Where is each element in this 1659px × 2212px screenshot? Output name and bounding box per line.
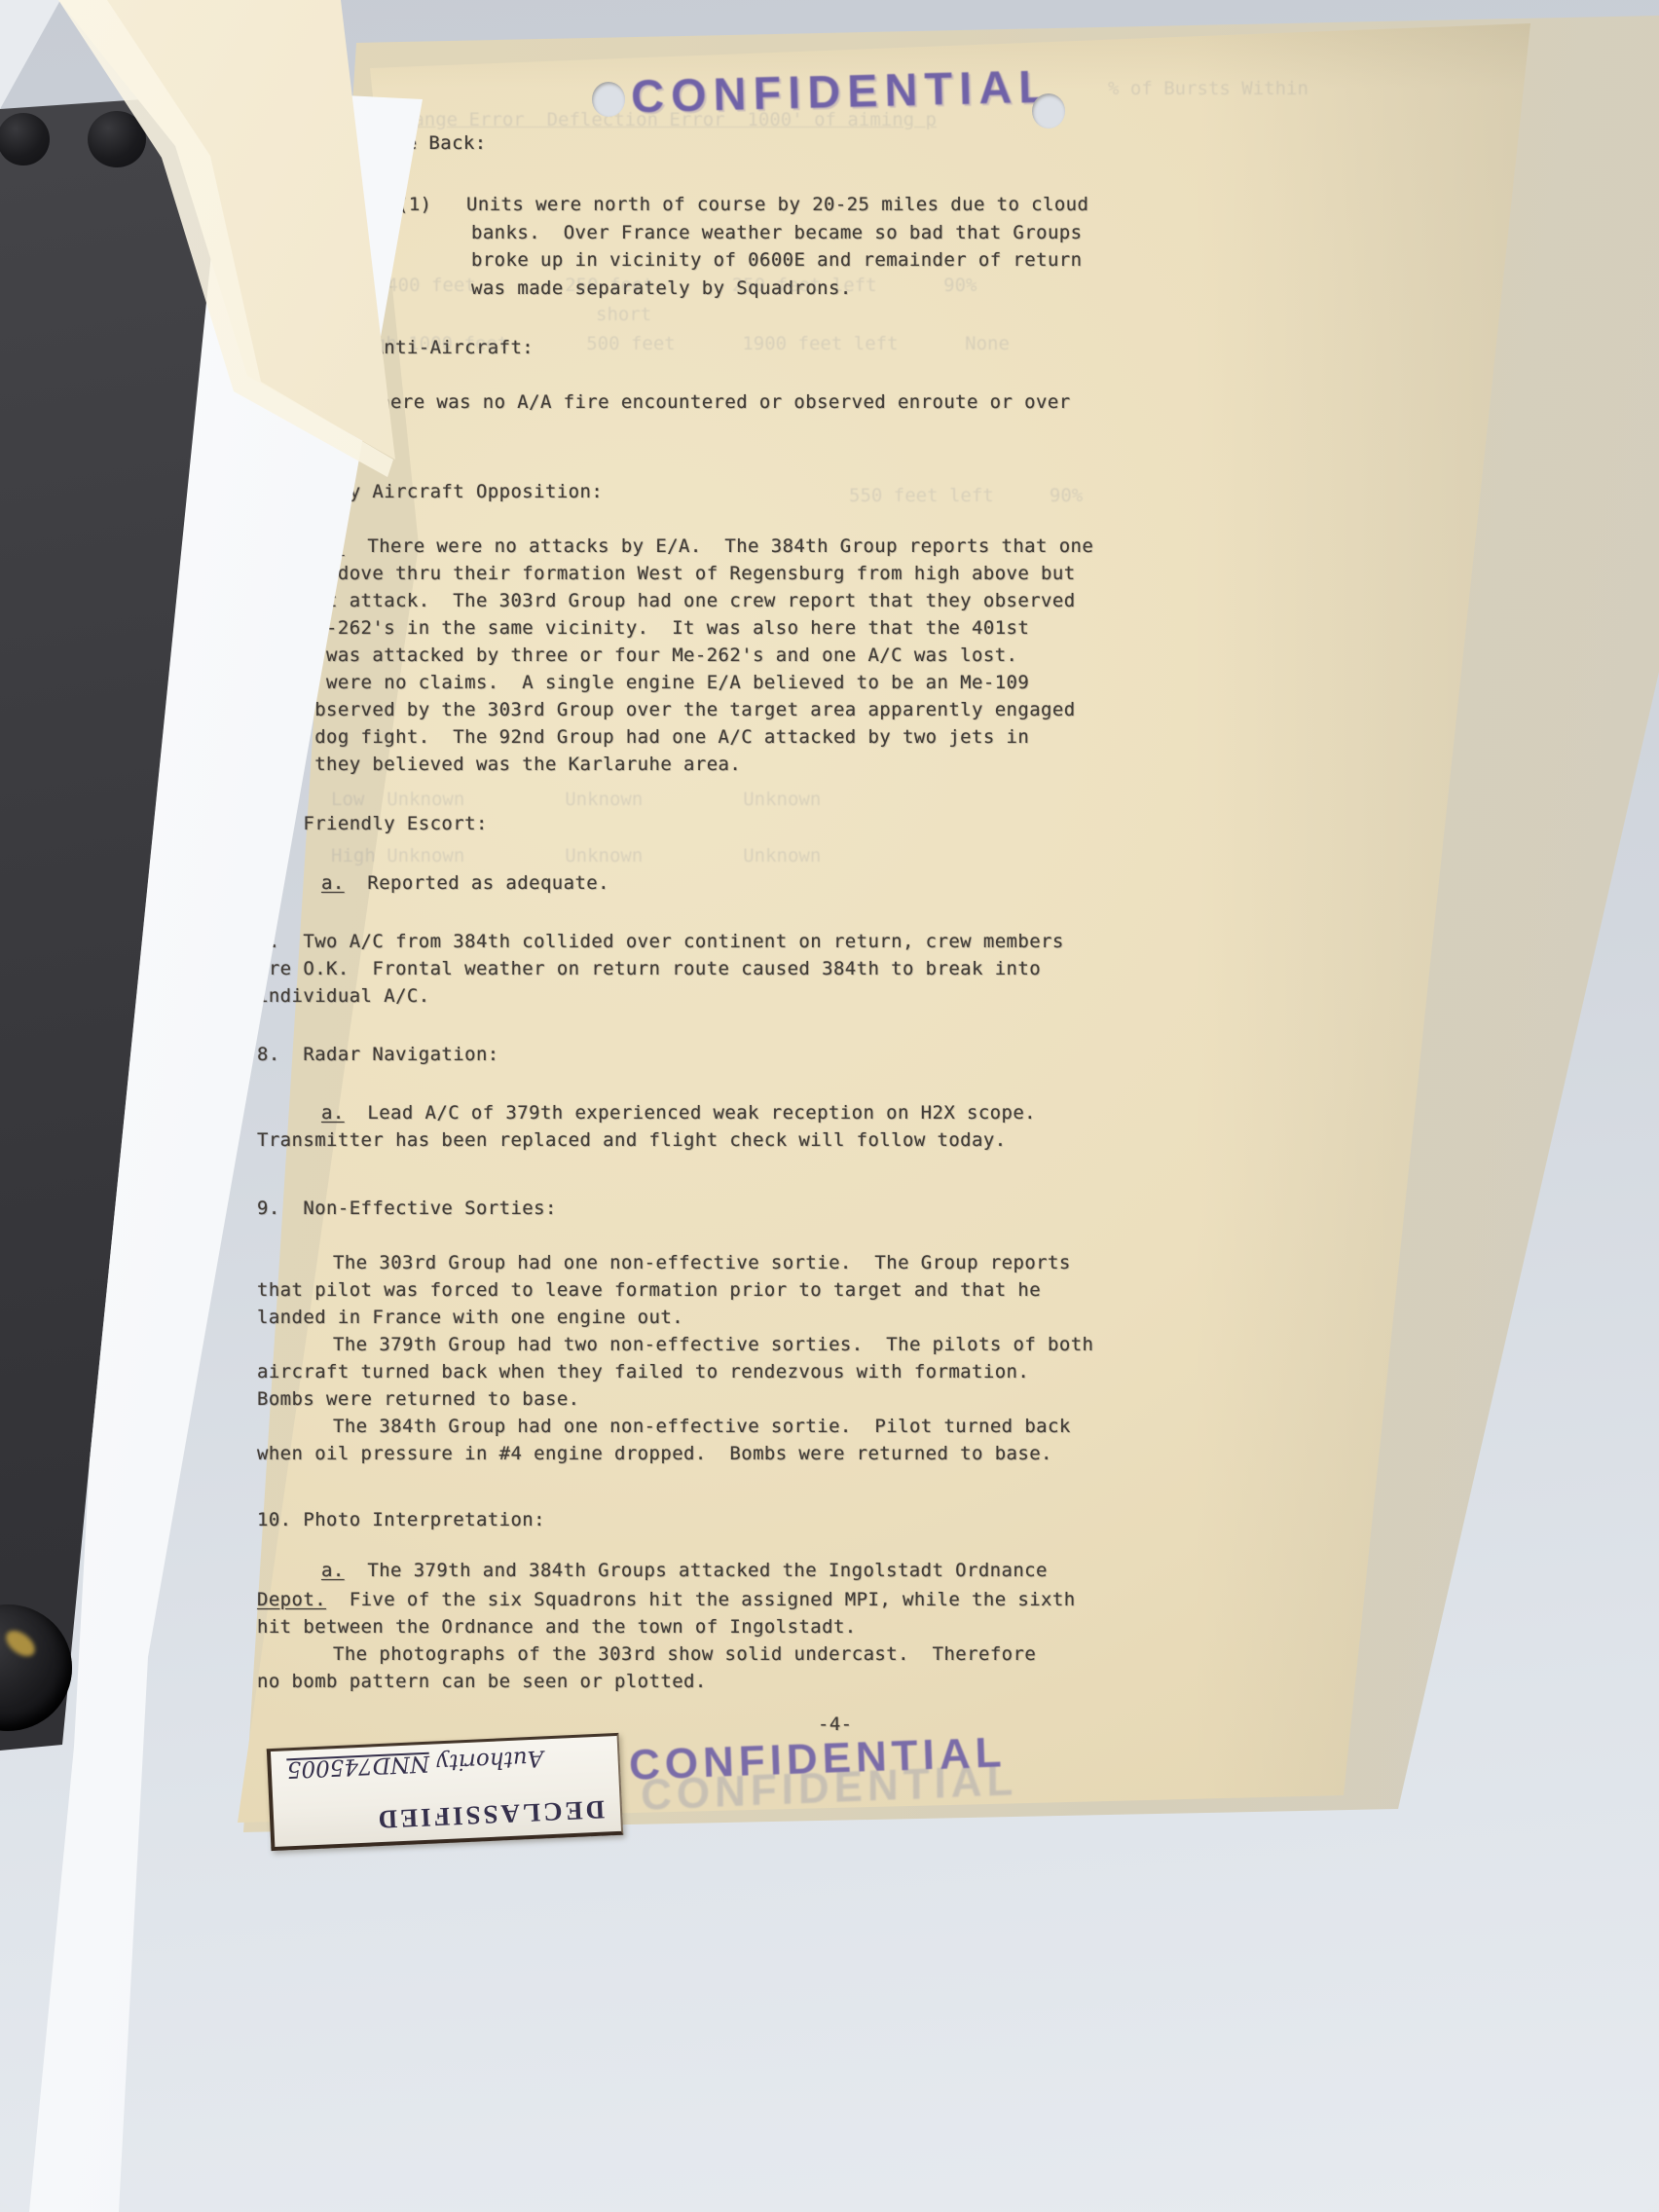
typewritten-line: when oil pressure in #4 engine dropped. … xyxy=(257,1441,1052,1466)
typewritten-line: hit between the Ordnance and the town of… xyxy=(257,1614,857,1640)
scanned-document-photo: -4-no bomb pattern can be seen or plotte… xyxy=(0,0,1659,2212)
ghost-bleedthrough-line: Low 400 feet 250 feet 250 feet left 90% xyxy=(331,273,977,298)
typewritten-line: banks. Over France weather became so bad… xyxy=(471,220,1082,245)
typewritten-line: a. There were no attacks by E/A. The 384… xyxy=(321,534,1093,559)
declassified-slip-stamp: DECLASSIFIED Authority NND745005 xyxy=(271,1736,621,1847)
typewritten-line: a. Reported as adequate. xyxy=(321,870,609,896)
typewritten-line: Depot. Five of the six Squadrons hit the… xyxy=(257,1587,1076,1612)
declassified-label: DECLASSIFIED xyxy=(289,1794,606,1839)
typewritten-line: that pilot was forced to leave formation… xyxy=(257,1277,1041,1303)
typewritten-line: landed in France with one engine out. xyxy=(257,1305,683,1330)
typewritten-line: what they believed was the Karlaruhe are… xyxy=(257,752,741,777)
typewritten-line: Me-262 dove thru their formation West of… xyxy=(257,561,1076,586)
ghost-bleedthrough-line: % of Bursts Within xyxy=(1108,76,1309,101)
punch-hole-icon xyxy=(1032,93,1065,129)
typewritten-line: two Me-262's in the same vicinity. It wa… xyxy=(257,615,1029,641)
typewritten-line: 10. Photo Interpretation: xyxy=(257,1507,545,1532)
typewritten-line: 9. Non-Effective Sorties: xyxy=(257,1196,557,1221)
typewritten-line: a. Lead A/C of 379th experienced weak re… xyxy=(321,1100,1036,1125)
typewritten-line: Bombs were returned to base. xyxy=(257,1386,580,1412)
typewritten-line: a. There was no A/A fire encountered or … xyxy=(321,389,1071,415)
typewritten-line: There were no claims. A single engine E/… xyxy=(257,670,1029,695)
ghost-bleedthrough-line: High 1000 feet 500 feet 1900 feet left N… xyxy=(352,331,1010,356)
typewritten-line: in a dog fight. The 92nd Group had one A… xyxy=(257,724,1029,750)
typewritten-line: a. The 379th and 384th Groups attacked t… xyxy=(321,1558,1048,1583)
typewritten-line: Transmitter has been replaced and flight… xyxy=(257,1127,1007,1153)
typewritten-line: 8. Radar Navigation: xyxy=(257,1042,499,1067)
typewritten-line: The 379th Group had two non-effective so… xyxy=(333,1332,1093,1357)
typewritten-line: no bomb pattern can be seen or plotted. xyxy=(257,1669,707,1694)
declassified-slip: DECLASSIFIED Authority NND745005 xyxy=(267,1733,623,1851)
typewritten-line: The 384th Group had one non-effective so… xyxy=(333,1414,1071,1439)
typewritten-line: The 303rd Group had one non-effective so… xyxy=(333,1250,1071,1275)
punch-hole-icon xyxy=(592,82,625,117)
typewritten-line: aircraft turned back when they failed to… xyxy=(257,1359,1029,1384)
typewritten-line: 7. Two A/C from 384th collided over cont… xyxy=(257,929,1064,954)
typewritten-line: individual A/C. xyxy=(257,983,430,1009)
typewritten-line: are O.K. Frontal weather on return route… xyxy=(257,956,1041,981)
typewritten-line: broke up in vicinity of 0600E and remain… xyxy=(471,247,1082,273)
typewritten-line: (1) Units were north of course by 20-25 … xyxy=(397,192,1088,217)
ghost-bleedthrough-line: High Unknown Unknown Unknown xyxy=(331,843,821,868)
typewritten-line: The photographs of the 303rd show solid … xyxy=(333,1641,1036,1667)
declassified-authority: Authority NND745005 xyxy=(286,1743,603,1783)
ghost-bleedthrough-line: short xyxy=(596,302,651,327)
typewritten-line: did not attack. The 303rd Group had one … xyxy=(257,588,1076,613)
ghost-bleedthrough-line: 550 feet left 90% xyxy=(849,483,1083,508)
ghost-bleedthrough-line: Low Unknown Unknown Unknown xyxy=(331,787,821,812)
confidential-stamp-top: CONFIDENTIAL xyxy=(630,59,1053,124)
typewritten-line: was observed by the 303rd Group over the… xyxy=(257,697,1076,722)
typewritten-line: Group was attacked by three or four Me-2… xyxy=(257,643,1017,668)
